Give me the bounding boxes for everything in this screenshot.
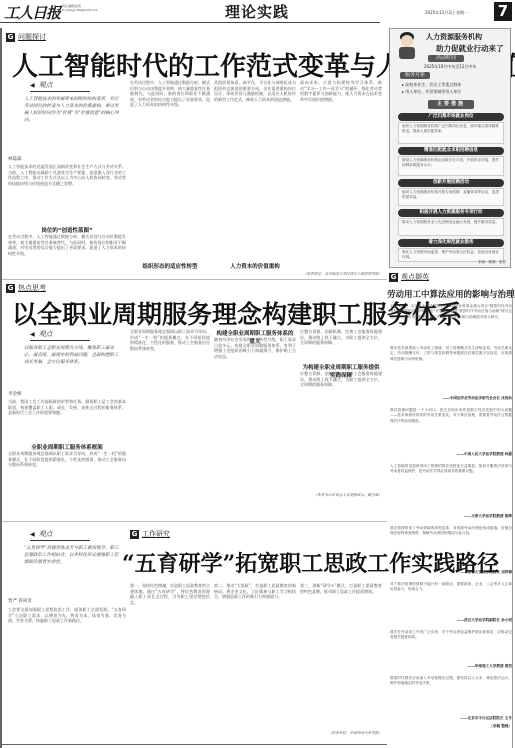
article-column: 从组织视角看，扁平化、平台化与网络化成为组织形态演进的重要方向。企业需要重构岗位…: [214, 80, 296, 260]
measure-title: 精准匹配就业求职招聘信息: [398, 147, 504, 155]
viewpoint-title: ◀观点: [30, 329, 90, 341]
activity-time-label: 活动时间: [428, 55, 464, 62]
article-subhead: 组织形态的适应性转型: [130, 262, 210, 270]
column-g-icon: G: [6, 284, 15, 293]
article-column: 应整合资源、创新机制，完善工会服务阵地建设，推动线上线下融合，为职工提供全方位、…: [300, 371, 382, 491]
article-column: 当前，我国工会工作面临新的形势和任务。服务职工是工会的基本职责，构建覆盖职工入职…: [8, 399, 126, 439]
speaker-icon: ◀: [30, 82, 35, 89]
viewpoint-label: 观点: [39, 329, 53, 339]
article-headline[interactable]: 以全职业周期服务理念构建职工服务体系: [12, 295, 382, 331]
viewpoint-box: ◀观点 “五育研学”将德智体美劳与职工素质提升、职工思想政治工作相结合，以多样化…: [12, 529, 122, 566]
measure-title: 创新开展招聘活动: [398, 179, 504, 187]
author-note: （作者单位：中国劳动关系学院）: [300, 731, 382, 736]
article-column: 工会要全面加强职工思想政治工作，服务职工全面发展。“五育研学”立足职工需求，以德…: [8, 607, 126, 737]
newspaper-logo: 工人日报: [4, 2, 60, 23]
article-ai-work-paradigm: G 问题探讨 人工智能时代的工作范式变革与人力资本价值重构 ◀观点 人工智能技术…: [2, 28, 387, 263]
article-headline[interactable]: “五育研学”拓宽职工思政工作实践路径: [122, 547, 382, 578]
sidebar: 人力资源服务机构 助力促就业行动来了 活动时间 2025年10月中旬至12月中旬…: [385, 28, 515, 748]
measure-title: 积极开展人力资源服务专项行动: [398, 209, 504, 217]
article-five-education: ◀观点 “五育研学”将德智体美劳与职工素质提升、职工思想政治工作相结合，以多样化…: [2, 523, 387, 743]
quote-author: ——华南理工大学教授 黄烈: [390, 664, 512, 669]
article-column: 随着经济社会发展和产业转型升级，职工需求日趋多元。构建全职业周期服务体系，有利于…: [214, 337, 296, 501]
measure-text: 组织人力资源服务机构开展专场招聘、直播带岗等活动，促进供需对接。: [398, 188, 504, 206]
masthead: 工人日报 责任编辑/张莉 E-mail:grrblw@126.com 理论实践 …: [0, 0, 515, 28]
quote-text: 算法技术深度嵌入劳动用工领域，用工管理模式发生深刻变革。劳动关系认定、劳动报酬支…: [390, 346, 512, 396]
quote-text: 数智时代算法应用深入劳动管理全过程，需坚持以人为本，规范算法运行，维护和谐稳定的…: [390, 676, 512, 714]
quote-text: 算法在劳动用工中的广泛应用，对于劳动者权益保护提出新要求，应推动完善相关制度供给…: [390, 630, 512, 662]
section-divider: [2, 279, 387, 280]
article-column: 在劳动过程中，人工智能通过数据分析、模式识别与自动决策提升效率，使大量重复性任务…: [8, 234, 126, 260]
byline: 贾严 蒋尚奇: [8, 598, 32, 604]
article-headline[interactable]: 人工智能时代的工作范式变革与人力资本价值重构: [12, 46, 382, 83]
column-g-icon: G: [389, 273, 398, 282]
article-column: 应整合资源、创新机制，完善工会服务阵地建设，推动线上线下融合，为职工提供全方位、…: [300, 329, 382, 359]
quote-author: ——中国法学会劳动法学研究会会长 沈同仙: [390, 396, 512, 401]
main-measures-label: 主要措施: [428, 100, 474, 109]
sidebar-border: [512, 288, 513, 748]
employment-infographic: 人力资源服务机构 助力促就业行动来了 活动时间 2025年10月中旬至12月中旬…: [389, 28, 511, 268]
article-column: 第一，坚持红色铸魂，打造职工思政教育的主要阵地。通过“五育研学”，将红色教育资源…: [130, 583, 210, 738]
viewpoint-box: ◀观点 人工智能技术的发展带来的组织结构变革，对应劳动岗位的转变与人力资本的价值…: [12, 80, 122, 124]
author-note: （作者单位：北京师范大学经济与工商管理学院）: [300, 272, 382, 277]
viewpoint-text: “五育研学”将德智体美劳与职工素质提升、职工思想政治工作相结合，以多样化形式增强…: [12, 545, 122, 566]
infographic-credit: 来源：制图：张菲: [478, 260, 506, 265]
service-target-label: 服务对象: [400, 72, 430, 79]
opinion-headline[interactable]: 劳动用工中算法应用的影响与治理探讨: [387, 288, 515, 300]
viewpoint-text: 以服务职工全职业周期为主线，聚焦职工最关心、最直接、最现实的利益问题，全面构建职…: [12, 345, 122, 366]
viewpoint-text: 人工智能技术的发展带来的组织结构变革，对应劳动岗位的转变与人力资本的价值重构。要…: [12, 96, 122, 124]
article-subhead: 岗位的“创造性蓝图”: [8, 226, 126, 234]
author-note: （作者为山东省总工会党组成员、副主席）: [300, 493, 382, 498]
tag-label: 工作研究: [142, 529, 170, 539]
viewpoint-label: 观点: [39, 80, 53, 90]
quote-text: 算法管理问题是一个小切口，但它呈现出来的是数字经济发展中的大问题——技术革命所带…: [390, 408, 512, 452]
infographic-title: 人力资源服务机构: [426, 32, 482, 42]
target-item: ▸ 用人单位、外贸领域等用人单位: [402, 89, 461, 95]
quote-author: ——武汉大学法学院副院长 孙小明: [390, 618, 512, 623]
activity-time: 2025年10月中旬至12月中旬: [424, 64, 476, 70]
tag-label: 热点思考: [18, 283, 46, 293]
article-column: 面向未来，应着力构建终身学习体系，推动“学习—工作—再学习”的循环，强化劳动者的…: [300, 80, 382, 270]
masthead-rule: [0, 22, 380, 23]
quote-author: ——天津大学法学院教授 郭烨: [390, 514, 512, 519]
page-number: 7: [494, 2, 512, 21]
speaker-icon: ◀: [30, 531, 35, 538]
issue-date: 2025年11月3日 星期一: [425, 10, 468, 16]
quote-text: 算法管理带来了劳动领域的深刻变革，对传统劳动法理论形成挑战。应健全算法规则审查制…: [390, 526, 512, 570]
quote-author: ——深圳大学法学院院长 邓梓锋: [390, 570, 512, 575]
article-column: 全职业周期服务理念强调以职工需求为导向，形成“一生一档”的服务模式，在不同阶段提…: [8, 451, 126, 501]
tag-label: 问题探讨: [18, 32, 46, 42]
section-divider: [2, 521, 387, 522]
article-column: 在劳动过程中，人工智能通过数据分析、模式识别与自动决策提升效率，使大量重复性任务…: [130, 80, 210, 260]
speaker-icon: ◀: [30, 331, 35, 338]
measure-text: 鼓励人力资源服务机构运用数字化手段，开展供求对接，提升招聘求职服务水平。: [398, 156, 504, 176]
quote-author: ——中国人民大学法学院教授 林嘉: [390, 452, 512, 457]
editor-credit: （采稿 整理）: [390, 724, 512, 729]
article-column: 第二，推动“大思政”，打造职工思政教育的新格局。将企业文化、工匠精神与职工学习相…: [214, 583, 296, 738]
opinion-tag: G 观点撷英: [389, 272, 429, 282]
article-column: 全职业周期服务理念强调以职工需求为导向，形成“一生一档”的服务模式，在不同阶段提…: [130, 329, 210, 501]
viewpoint-title: ◀观点: [30, 80, 90, 92]
target-text: 高校毕业生、农民工等重点群体: [405, 82, 461, 87]
column-g-icon: G: [6, 33, 15, 42]
measure-text: 推动人力资源服务业与先进制造业融合发展，提升服务质量。: [398, 218, 504, 236]
article-tag: G 问题探讨: [6, 32, 46, 42]
viewpoint-title: ◀观点: [30, 529, 90, 541]
email-line: E-mail:grrblw@126.com: [62, 8, 98, 12]
byline: 林磊霖: [8, 156, 22, 162]
cartoon-person-icon: [396, 31, 418, 59]
measure-title: 着力深化规范就业服务: [398, 239, 504, 247]
article-subhead: 全职业周期职工服务体系框架: [8, 443, 126, 451]
quote-text: 人工智能的发展使得用工管理的算法化特征日益明显。如何平衡算法效率与劳动者权益保护…: [390, 464, 512, 512]
target-item: ▸ 高校毕业生、农民工等重点群体: [402, 82, 461, 88]
article-subhead: 人力资本的价值重构: [214, 262, 296, 270]
article-tag: G 热点思考: [6, 283, 46, 293]
quote-text: 对于算法管理的规制不能只有一条路径，需要政府、企业、工会等多元主体协同参与，形成…: [390, 582, 512, 618]
article-tag: G 工作研究: [130, 529, 170, 539]
viewpoint-box: ◀观点 以服务职工全职业周期为主线，聚焦职工最关心、最直接、最现实的利益问题，全…: [12, 329, 122, 366]
infographic-subtitle: 助力促就业行动来了: [436, 43, 504, 54]
target-text: 用人单位、外贸领域等用人单位: [405, 89, 461, 94]
article-employee-service: G 热点思考 以全职业周期服务理念构建职工服务体系 ◀观点 以服务职工全职业周期…: [2, 281, 387, 506]
measure-text: 组织人力资源服务机构广泛归集岗位信息，面向重点群体精准推送，提高人岗匹配效率。: [398, 122, 504, 144]
editor-info: 责任编辑/张莉 E-mail:grrblw@126.com: [62, 4, 98, 12]
quote-author: ——北京市丰台区法院院长 王冬: [390, 716, 512, 721]
main-articles: G 问题探讨 人工智能时代的工作范式变革与人力资本价值重构 ◀观点 人工智能技术…: [0, 28, 385, 748]
tag-label: 观点撷英: [401, 272, 429, 282]
opinion-lead: 10月25日，由天津大学法学院主办的国家社科基金重大项目“数智时代劳动者权益保护…: [390, 304, 512, 342]
viewpoint-label: 观点: [39, 529, 53, 539]
byline: 李金峰: [8, 391, 22, 397]
column-g-icon: G: [130, 530, 139, 539]
article-column: 第三，创新“研学+”模式，打造职工思政教育的特色品牌，推动职工思政工作提质增效。: [300, 583, 382, 728]
bottom-border: [2, 744, 387, 745]
measure-title: 广泛归集市场就业岗位: [398, 113, 504, 121]
section-title: 理论实践: [225, 1, 289, 22]
article-column: 人工智能技术的迅猛发展正深刻改变着社会生产方式与劳动关系。当前，人工智能从辅助工…: [8, 164, 126, 224]
